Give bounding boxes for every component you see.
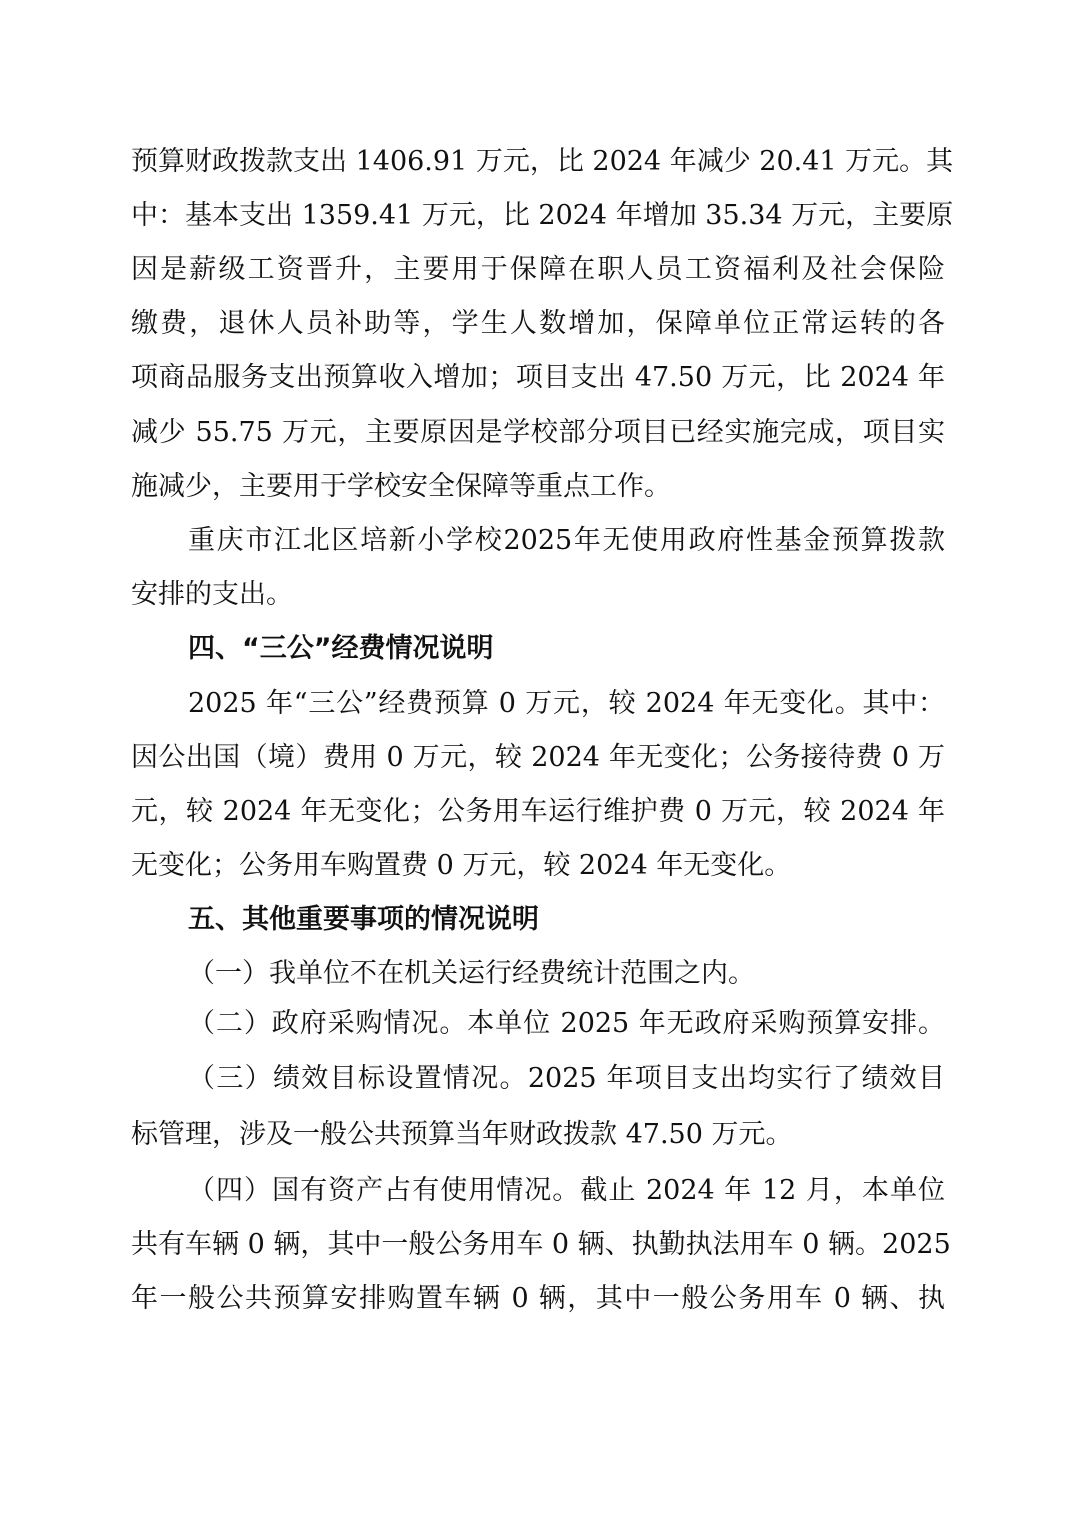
- text-line: 中：基本支出 1359.41 万元，比 2024 年增加 35.34 万元，主要…: [131, 196, 945, 236]
- text-line: 2025 年“三公”经费预算 0 万元，较 2024 年无变化。其中：: [188, 684, 945, 724]
- list-item-three: （三）绩效目标设置情况。2025 年项目支出均实行了绩效目: [188, 1059, 945, 1099]
- text-line: 预算财政拨款支出 1406.91 万元，比 2024 年减少 20.41 万元。…: [131, 142, 945, 182]
- text-line: 标管理，涉及一般公共预算当年财政拨款 47.50 万元。: [131, 1115, 945, 1155]
- list-item-two: （二）政府采购情况。本单位 2025 年无政府采购预算安排。: [188, 1004, 945, 1044]
- text-line: 重庆市江北区培新小学校2025年无使用政府性基金预算拨款: [188, 521, 945, 561]
- text-line: 元，较 2024 年无变化；公务用车运行维护费 0 万元，较 2024 年: [131, 792, 945, 832]
- list-item-four: （四）国有资产占有使用情况。截止 2024 年 12 月，本单位: [188, 1171, 945, 1211]
- text-line: 共有车辆 0 辆，其中一般公务用车 0 辆、执勤执法用车 0 辆。2025: [131, 1225, 945, 1265]
- text-line: 缴费，退休人员补助等，学生人数增加，保障单位正常运转的各: [131, 304, 945, 344]
- section-heading-five: 五、其他重要事项的情况说明: [188, 900, 539, 940]
- text-line: 项商品服务支出预算收入增加；项目支出 47.50 万元，比 2024 年: [131, 358, 945, 398]
- text-line: 无变化；公务用车购置费 0 万元，较 2024 年无变化。: [131, 846, 945, 886]
- text-line: 因是薪级工资晋升，主要用于保障在职人员工资福利及社会保险: [131, 250, 945, 290]
- text-line: 年一般公共预算安排购置车辆 0 辆，其中一般公务用车 0 辆、执: [131, 1279, 945, 1319]
- text-line: 减少 55.75 万元，主要原因是学校部分项目已经实施完成，项目实: [131, 413, 945, 453]
- text-line: 安排的支出。: [131, 575, 945, 615]
- text-line: 施减少，主要用于学校安全保障等重点工作。: [131, 467, 945, 507]
- text-line: 因公出国（境）费用 0 万元，较 2024 年无变化；公务接待费 0 万: [131, 738, 945, 778]
- list-item-one: （一）我单位不在机关运行经费统计范围之内。: [188, 954, 945, 994]
- section-heading-four: 四、“三公”经费情况说明: [188, 629, 494, 669]
